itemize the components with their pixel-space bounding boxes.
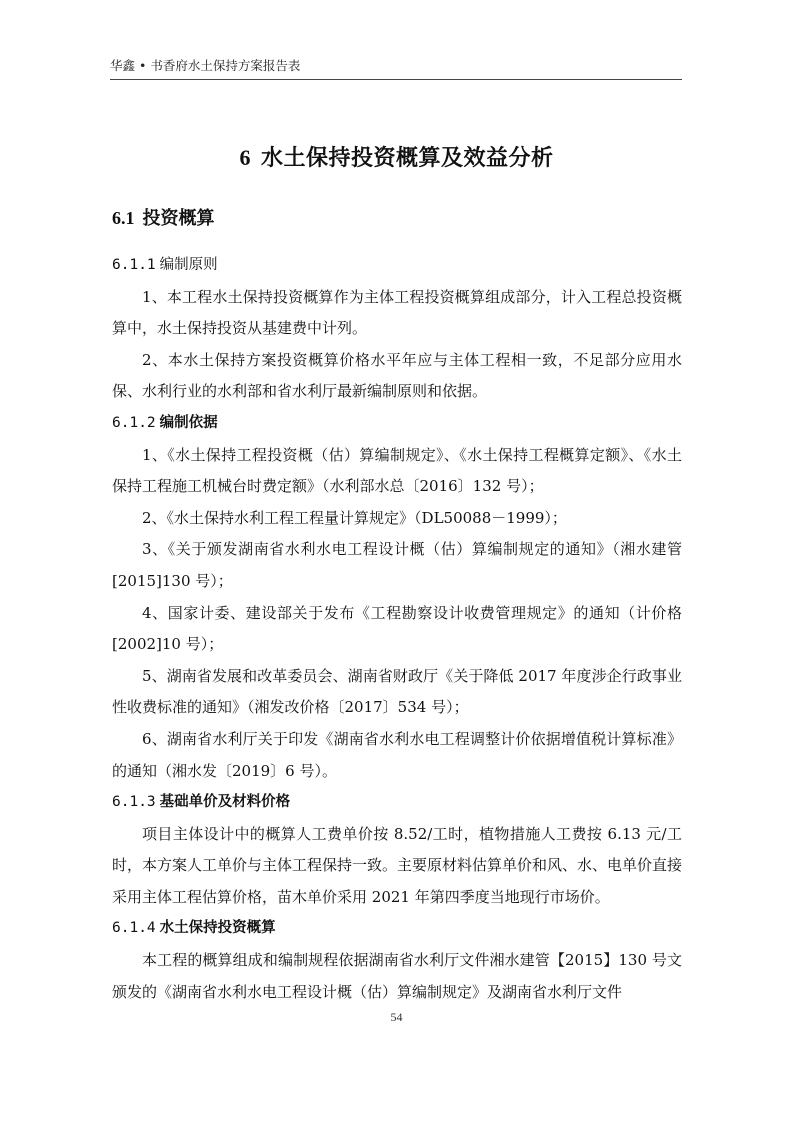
subsection-heading-6-1-1: 6.1.1编制原则 — [112, 250, 682, 282]
paragraph: 2、本水土保持方案投资概算价格水平年应与主体工程相一致，不足部分应用水保、水利行… — [112, 345, 682, 408]
subsection-heading-6-1-2: 6.1.2编制依据 — [112, 408, 682, 440]
list-item: 1、《水土保持工程投资概（估）算编制规定》、《水土保持工程概算定额》、《水土保持… — [112, 440, 682, 503]
list-item: 3、《关于颁发湖南省水利水电工程设计概（估）算编制规定的通知》（湘水建管[201… — [112, 534, 682, 597]
list-item: 2、《水土保持水利工程工程量计算规定》（DL50088－1999）； — [112, 503, 682, 535]
document-body: 6.1.1编制原则 1、本工程水土保持投资概算作为主体工程投资概算组成部分，计入… — [112, 250, 682, 1008]
chapter-number: 6 — [239, 145, 251, 170]
subsection-number: 6.1.2 — [112, 415, 156, 431]
section-title-text: 投资概算 — [143, 208, 215, 229]
subsection-number: 6.1.1 — [112, 257, 156, 273]
list-item: 6、湖南省水利厅关于印发《湖南省水利水电工程调整计价依据增值税计算标准》的通知（… — [112, 724, 682, 787]
list-item: 4、国家计委、建设部关于发布《工程勘察设计收费管理规定》的通知（计价格 [200… — [112, 598, 682, 661]
section-title: 6.1投资概算 — [112, 204, 215, 230]
subsection-title: 编制依据 — [160, 415, 218, 431]
paragraph: 项目主体设计中的概算人工费单价按 8.52/工时，植物措施人工费按 6.13 元… — [112, 819, 682, 914]
paragraph: 本工程的概算组成和编制规程依据湖南省水利厅文件湘水建管【2015】130 号文颁… — [112, 945, 682, 1008]
subsection-number: 6.1.4 — [112, 920, 156, 936]
subsection-heading-6-1-3: 6.1.3基础单价及材料价格 — [112, 787, 682, 819]
page-number: 54 — [0, 1010, 793, 1025]
chapter-title-text: 水土保持投资概算及效益分析 — [261, 146, 554, 171]
chapter-title: 6水土保持投资概算及效益分析 — [0, 141, 793, 172]
subsection-title: 编制原则 — [160, 257, 218, 273]
subsection-number: 6.1.3 — [112, 794, 156, 810]
section-number: 6.1 — [112, 208, 135, 228]
running-header: 华鑫 • 书香府水土保持方案报告表 — [110, 56, 682, 80]
subsection-heading-6-1-4: 6.1.4水土保持投资概算 — [112, 913, 682, 945]
list-item: 5、湖南省发展和改革委员会、湖南省财政厅《关于降低 2017 年度涉企行政事业性… — [112, 661, 682, 724]
paragraph: 1、本工程水土保持投资概算作为主体工程投资概算组成部分，计入工程总投资概算中，水… — [112, 282, 682, 345]
subsection-title: 基础单价及材料价格 — [160, 794, 291, 810]
subsection-title: 水土保持投资概算 — [160, 920, 276, 936]
